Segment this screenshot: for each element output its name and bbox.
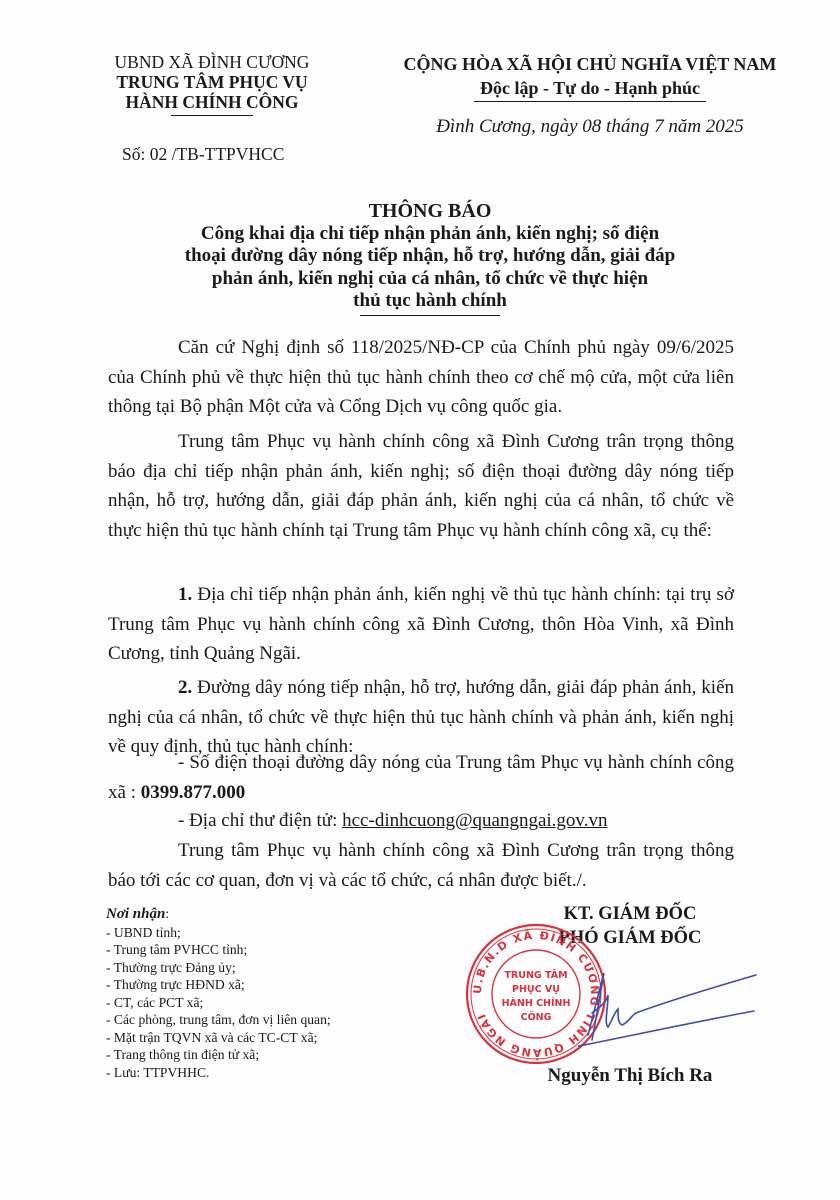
recipient-item: - Lưu: TTPVHHC. bbox=[106, 1064, 406, 1082]
hotline-number[interactable]: 0399.877.000 bbox=[141, 782, 246, 803]
recipient-item: - Trang thông tin điện tử xã; bbox=[106, 1046, 406, 1064]
recipient-item: - Thường trực Đảng ủy; bbox=[106, 959, 406, 977]
recipient-item: - Thường trực HĐND xã; bbox=[106, 976, 406, 994]
national-header: CỘNG HÒA XÃ HỘI CHỦ NGHĨA VIỆT NAM Độc l… bbox=[385, 52, 795, 102]
seal-center-line-2: PHỤC VỤ bbox=[512, 984, 560, 995]
item-2-number: 2. bbox=[178, 677, 192, 698]
recipient-item: - Mặt trận TQVN xã và các TC-CT xã; bbox=[106, 1029, 406, 1047]
item-1-number: 1. bbox=[178, 584, 192, 605]
nation-name: CỘNG HÒA XÃ HỘI CHỦ NGHĨA VIỆT NAM bbox=[385, 52, 795, 76]
document-type: THÔNG BÁO bbox=[150, 200, 710, 223]
recipient-item: - UBND tỉnh; bbox=[106, 924, 406, 942]
item-1-address: 1. Địa chỉ tiếp nhận phản ánh, kiến nghị… bbox=[108, 580, 734, 669]
legal-basis-paragraph: Căn cứ Nghị định số 118/2025/NĐ-CP của C… bbox=[108, 333, 734, 422]
handwritten-signature-icon bbox=[578, 965, 768, 1075]
document-title: THÔNG BÁO Công khai địa chỉ tiếp nhận ph… bbox=[150, 200, 710, 316]
header-divider bbox=[171, 115, 253, 116]
closing-paragraph: Trung tâm Phục vụ hành chính công xã Đìn… bbox=[108, 836, 734, 895]
authority-name: UBND XÃ ĐÌNH CƯƠNG bbox=[92, 52, 332, 72]
national-motto: Độc lập - Tự do - Hạnh phúc bbox=[385, 76, 795, 100]
subject-line-2: thoại đường dây nóng tiếp nhận, hỗ trợ, … bbox=[150, 245, 710, 268]
recipient-item: - Trung tâm PVHCC tỉnh; bbox=[106, 941, 406, 959]
document-number: Số: 02 /TB-TTPVHCC bbox=[122, 144, 284, 165]
title-divider bbox=[360, 315, 500, 316]
recipients-title: Nơi nhận bbox=[106, 906, 165, 922]
seal-center-line-4: CÔNG bbox=[521, 1011, 552, 1023]
item-1-text: Địa chỉ tiếp nhận phản ánh, kiến nghị về… bbox=[108, 584, 734, 664]
email-label: - Địa chỉ thư điện tử: bbox=[178, 810, 342, 831]
signer-name: Nguyễn Thị Bích Ra bbox=[520, 1065, 740, 1087]
recipient-item: - CT, các PCT xã; bbox=[106, 994, 406, 1012]
recipients-list: Nơi nhận: - UBND tỉnh; - Trung tâm PVHCC… bbox=[106, 905, 406, 1081]
issuing-agency-header: UBND XÃ ĐÌNH CƯƠNG TRUNG TÂM PHỤC VỤ HÀN… bbox=[92, 52, 332, 116]
seal-center-line-1: TRUNG TÂM bbox=[504, 969, 567, 981]
place-and-date: Đình Cương, ngày 08 tháng 7 năm 2025 bbox=[420, 116, 760, 138]
item-2-text: Đường dây nóng tiếp nhận, hỗ trợ, hướng … bbox=[108, 677, 734, 757]
seal-center-line-3: HÀNH CHÍNH bbox=[502, 997, 571, 1009]
unit-name-line1: TRUNG TÂM PHỤC VỤ bbox=[92, 72, 332, 92]
email-link[interactable]: hcc-dinhcuong@quangngai.gov.vn bbox=[342, 810, 607, 831]
motto-divider bbox=[474, 101, 706, 102]
hotline-line: - Số điện thoại đường dây nóng của Trung… bbox=[108, 748, 734, 807]
subject-line-3: phản ánh, kiến nghị của cá nhân, tổ chức… bbox=[150, 268, 710, 291]
email-line: - Địa chỉ thư điện tử: hcc-dinhcuong@qua… bbox=[108, 806, 734, 836]
recipient-item: - Các phòng, trung tâm, đơn vị liên quan… bbox=[106, 1011, 406, 1029]
subject-line-1: Công khai địa chỉ tiếp nhận phản ánh, ki… bbox=[150, 223, 710, 246]
subject-line-4: thủ tục hành chính bbox=[150, 290, 710, 313]
unit-name-line2: HÀNH CHÍNH CÔNG bbox=[92, 92, 332, 112]
announcement-paragraph: Trung tâm Phục vụ hành chính công xã Đìn… bbox=[108, 427, 734, 545]
